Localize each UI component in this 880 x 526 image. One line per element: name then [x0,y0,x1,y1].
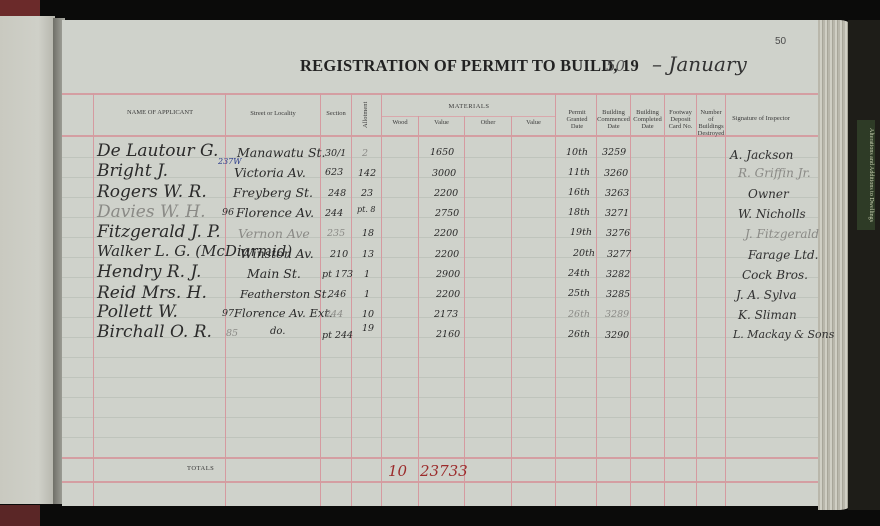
permit-granted: 19th [570,227,592,238]
section: pt 173 [322,269,353,280]
permit-granted: 25th [568,288,590,299]
permit-granted: 26th [568,329,590,340]
applicant-name: Bright J. [97,161,168,181]
section: 244 [325,208,343,219]
applicant-name: Rogers W. R. [97,182,207,202]
allotment: 1 [364,289,370,300]
wood-value: 2200 [434,228,458,239]
permit-granted: 26th [568,309,590,320]
permit-granted: 11th [568,167,590,178]
section: 246 [328,289,346,300]
totals-value: 23733 [420,462,468,480]
street: Manawatu St. [237,145,326,160]
row-rule [62,397,818,398]
inspector-signature: L. Mackay & Sons [733,328,834,341]
allotment: 1 [364,269,370,280]
header-buildings-destroyed: Number of Buildings Destroyed [697,109,725,137]
header-building-completed-date: Building Completed Date [631,109,664,130]
inspector-signature: Cock Bros. [742,268,808,282]
street-number: 97 [222,308,234,319]
applicant-name: Reid Mrs. H. [97,283,207,303]
wood-value: 2160 [436,329,460,340]
allotment: 19 [362,323,374,334]
inspector-signature: Farage Ltd. [748,248,818,262]
allotment: 142 [358,168,376,179]
allotment: 18 [362,228,374,239]
permit-granted: 24th [568,268,590,279]
header-materials: MATERIALS [382,103,556,110]
book-cover-bottom [0,505,40,526]
section: 623 [325,167,343,178]
row-rule [62,377,818,378]
book-cover-top [0,0,40,16]
header-wood-value: Value [419,119,464,126]
permit-granted: 10th [566,147,588,158]
column-rule [464,116,465,506]
applicant-name: Birchall O. R. [97,322,212,342]
applicant-name: Fitzgerald J. P. [97,222,221,242]
wood-value: 2200 [435,249,459,260]
allotment: 10 [362,309,374,320]
building-commenced: 3282 [606,269,630,280]
totals-wood-count: 10 [388,462,407,480]
street: Featherston St. [240,287,330,301]
building-commenced: 3260 [604,168,628,179]
applicant-name: Davies W. H. [97,202,206,222]
building-commenced: 3285 [606,289,630,300]
column-rule [93,93,94,506]
totals-bottom-rule [62,481,818,483]
inspector-signature: R. Griffin Jr. [738,166,811,180]
permit-granted: 18th [568,207,590,218]
inspector-signature: J. A. Sylva [736,288,797,302]
title-month: – January [652,52,747,76]
street: Florence Av. [236,205,314,220]
header-name-of-applicant: NAME OF APPLICANT [95,109,225,116]
building-commenced: 3289 [605,309,629,320]
header-allotment: Allotment [362,100,369,130]
book-cover-right [848,20,880,510]
building-commenced: 3271 [605,208,629,219]
allotment: 2 [362,148,368,159]
applicant-name: De Lautour G. [97,141,218,161]
section: 210 [330,249,348,260]
header-wood: Wood [382,119,418,126]
header-footway-deposit: Footway Deposit Card No. [665,109,696,130]
section: 244 [325,309,343,320]
header-building-commenced-date: Building Commenced Date [597,109,630,130]
wood-value: 2173 [434,309,458,320]
title-year: 50 [606,57,625,75]
header-top-rule [62,93,818,95]
page-title: REGISTRATION OF PERMIT TO BUILD, 19 [300,56,639,76]
wood-value: 2900 [436,269,460,280]
column-rule [511,116,512,506]
street: Vernon Ave [238,226,310,241]
column-rule [596,93,597,506]
totals-label: TOTALS [187,465,214,472]
street: Main St. [247,266,301,281]
applicant-name: Pollett W. [97,302,178,322]
street: Winston Av. [240,246,314,261]
column-rule [381,93,382,506]
column-rule [418,116,419,506]
totals-top-rule [62,457,818,459]
column-rule [555,93,556,506]
wood-value: 1650 [430,147,454,158]
building-commenced: 3290 [605,330,629,341]
inspector-signature: W. Nicholls [738,207,806,221]
header-street-or-locality: Street or Locality [226,110,320,117]
street: Freyberg St. [233,185,313,200]
building-commenced: 3276 [606,228,630,239]
street-number: 96 [222,207,234,218]
building-commenced: 3259 [602,147,626,158]
spine-tab-label: Alterations and Additions to Dwellings [857,120,875,230]
row-rule [62,417,818,418]
building-commenced: 3277 [607,249,631,260]
inspector-signature: J. Fitzgerald [745,227,819,241]
permit-granted: 20th [573,248,595,259]
wood-value: 2200 [436,289,460,300]
inspector-signature: A. Jackson [730,148,793,162]
section: 235 [327,228,345,239]
allotment: pt. 8 [357,205,376,214]
row-rule [62,357,818,358]
header-signature-of-inspector: Signature of Inspector [726,115,796,122]
inspector-signature: K. Sliman [738,308,797,322]
row-rule [62,437,818,438]
street: Florence Av. Ext. [234,306,333,320]
inspector-signature: Owner [748,187,789,201]
header-permit-granted-date: Permit Granted Date [562,109,592,130]
wood-value: 3000 [432,168,456,179]
column-rule [664,93,665,506]
header-other: Other [465,119,511,126]
allotment: 23 [361,188,373,199]
wood-value: 2200 [434,188,458,199]
column-rule [351,93,352,506]
header-other-value: Value [512,119,555,126]
section: 30/1 [325,148,346,159]
column-rule [696,93,697,506]
page-number: 50 [775,36,786,47]
building-commenced: 3263 [605,188,629,199]
street: Victoria Av. [234,165,306,180]
left-page [0,16,55,504]
section: pt 244 [322,330,353,341]
column-rule [725,93,726,506]
column-rule [225,93,226,506]
header-section: Section [321,110,351,117]
permit-granted: 16th [568,187,590,198]
wood-value: 2750 [435,208,459,219]
materials-subheader-rule [382,116,556,117]
section: 248 [328,188,346,199]
street: do. [270,326,285,337]
street-number: 85 [226,328,238,339]
applicant-name: Hendry R. J. [97,262,201,282]
allotment: 13 [362,249,374,260]
